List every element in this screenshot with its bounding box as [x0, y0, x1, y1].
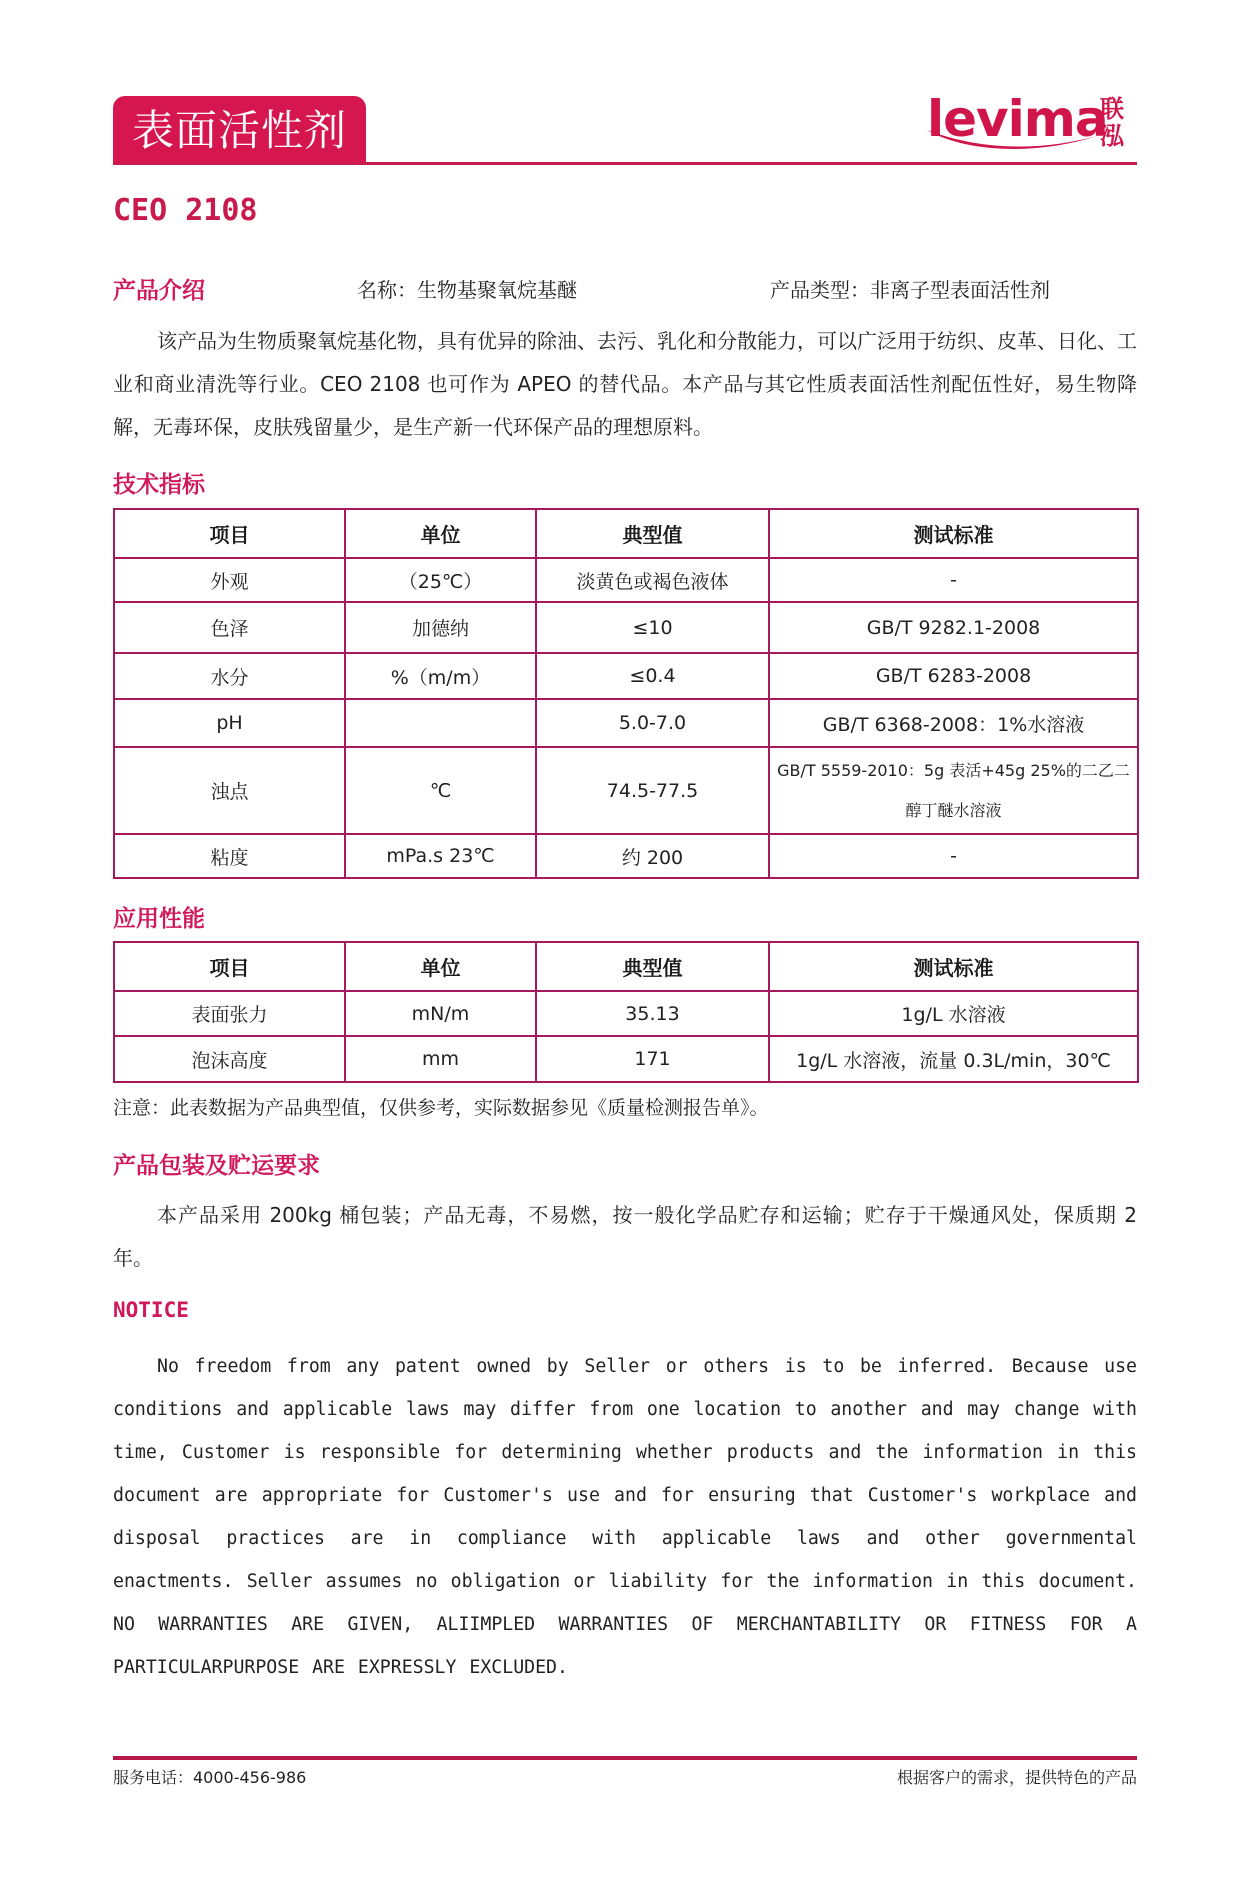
table-cell: 淡黄色或褐色液体	[536, 558, 769, 602]
table-row: 泡沫高度 mm 171 1g/L 水溶液，流量 0.3L/min，30℃	[114, 1036, 1138, 1082]
header-cell: 典型值	[536, 509, 769, 558]
table-row: pH 5.0-7.0 GB/T 6368-2008：1%水溶液	[114, 699, 1138, 747]
table-row: 色泽 加德纳 ≤10 GB/T 9282.1-2008	[114, 602, 1138, 653]
table-cell: 35.13	[536, 991, 769, 1036]
table-cell: 泡沫高度	[114, 1036, 345, 1082]
table-cell: %（m/m）	[345, 653, 536, 699]
header-cell: 测试标准	[769, 509, 1138, 558]
brand-logo: levima 联 泓	[925, 92, 1140, 158]
section-title-intro: 产品介绍	[113, 272, 205, 305]
logo-wordmark: levima	[927, 90, 1108, 148]
table-cell: mN/m	[345, 991, 536, 1036]
table-cell: 加德纳	[345, 602, 536, 653]
packaging-paragraph: 本产品采用 200kg 桶包装；产品无毒，不易燃，按一般化学品贮存和运输；贮存于…	[113, 1194, 1137, 1280]
section-title-packaging: 产品包装及贮运要求	[113, 1147, 320, 1180]
table-cell: 5.0-7.0	[536, 699, 769, 747]
header-divider	[113, 162, 1137, 165]
table-cell: GB/T 6283-2008	[769, 653, 1138, 699]
table-cell: 约 200	[536, 834, 769, 878]
table-row: 外观 （25℃） 淡黄色或褐色液体 -	[114, 558, 1138, 602]
table-cell: -	[769, 834, 1138, 878]
intro-paragraph: 该产品为生物质聚氧烷基化物，具有优异的除油、去污、乳化和分散能力，可以广泛用于纺…	[113, 320, 1137, 449]
table-cell: 水分	[114, 653, 345, 699]
product-code: CEO 2108	[113, 193, 258, 228]
table-row: 表面张力 mN/m 35.13 1g/L 水溶液	[114, 991, 1138, 1036]
table-cell: 浊点	[114, 747, 345, 834]
table-cell: 外观	[114, 558, 345, 602]
table-cell: 1g/L 水溶液，流量 0.3L/min，30℃	[769, 1036, 1138, 1082]
table-header-row: 项目 单位 典型值 测试标准	[114, 509, 1138, 558]
logo-cn-line1: 联	[1100, 96, 1140, 123]
service-phone: 服务电话：4000-456-986	[113, 1765, 306, 1788]
section-title-tech-specs: 技术指标	[113, 466, 205, 499]
header-cell: 单位	[345, 509, 536, 558]
notice-paragraph: No freedom from any patent owned by Sell…	[113, 1345, 1137, 1689]
logo-chinese: 联 泓	[1100, 96, 1140, 150]
table-cell: 色泽	[114, 602, 345, 653]
table-note: 注意：此表数据为产品典型值，仅供参考，实际数据参见《质量检测报告单》。	[113, 1093, 769, 1120]
table-cell: 171	[536, 1036, 769, 1082]
table-header-row: 项目 单位 典型值 测试标准	[114, 942, 1138, 991]
table-cell: GB/T 9282.1-2008	[769, 602, 1138, 653]
table-cell: -	[769, 558, 1138, 602]
footer-slogan: 根据客户的需求，提供特色的产品	[897, 1765, 1137, 1788]
table-row: 浊点 ℃ 74.5-77.5 GB/T 5559-2010：5g 表活+45g …	[114, 747, 1138, 834]
table-row: 粘度 mPa.s 23℃ 约 200 -	[114, 834, 1138, 878]
tech-specs-table: 项目 单位 典型值 测试标准 外观 （25℃） 淡黄色或褐色液体 - 色泽 加德…	[113, 508, 1139, 879]
table-cell: ℃	[345, 747, 536, 834]
table-row: 水分 %（m/m） ≤0.4 GB/T 6283-2008	[114, 653, 1138, 699]
product-type: 产品类型：非离子型表面活性剂	[770, 274, 1050, 303]
table-cell	[345, 699, 536, 747]
table-cell: mPa.s 23℃	[345, 834, 536, 878]
table-cell: 74.5-77.5	[536, 747, 769, 834]
table-cell: 表面张力	[114, 991, 345, 1036]
table-cell: mm	[345, 1036, 536, 1082]
app-perf-table: 项目 单位 典型值 测试标准 表面张力 mN/m 35.13 1g/L 水溶液 …	[113, 941, 1139, 1083]
table-cell: 1g/L 水溶液	[769, 991, 1138, 1036]
table-cell: ≤0.4	[536, 653, 769, 699]
header-cell: 单位	[345, 942, 536, 991]
table-cell: pH	[114, 699, 345, 747]
table-cell: GB/T 5559-2010：5g 表活+45g 25%的二乙二醇丁醚水溶液	[769, 747, 1138, 834]
logo-cn-line2: 泓	[1100, 123, 1140, 150]
section-title-notice: NOTICE	[113, 1298, 189, 1322]
table-cell: GB/T 6368-2008：1%水溶液	[769, 699, 1138, 747]
category-banner: 表面活性剂	[113, 96, 366, 165]
header-cell: 典型值	[536, 942, 769, 991]
section-title-app-perf: 应用性能	[113, 900, 205, 933]
footer-divider	[113, 1756, 1137, 1760]
table-cell: （25℃）	[345, 558, 536, 602]
header-cell: 项目	[114, 509, 345, 558]
header-cell: 测试标准	[769, 942, 1138, 991]
table-cell: 粘度	[114, 834, 345, 878]
header-cell: 项目	[114, 942, 345, 991]
table-cell: ≤10	[536, 602, 769, 653]
product-name: 名称：生物基聚氧烷基醚	[357, 274, 577, 303]
